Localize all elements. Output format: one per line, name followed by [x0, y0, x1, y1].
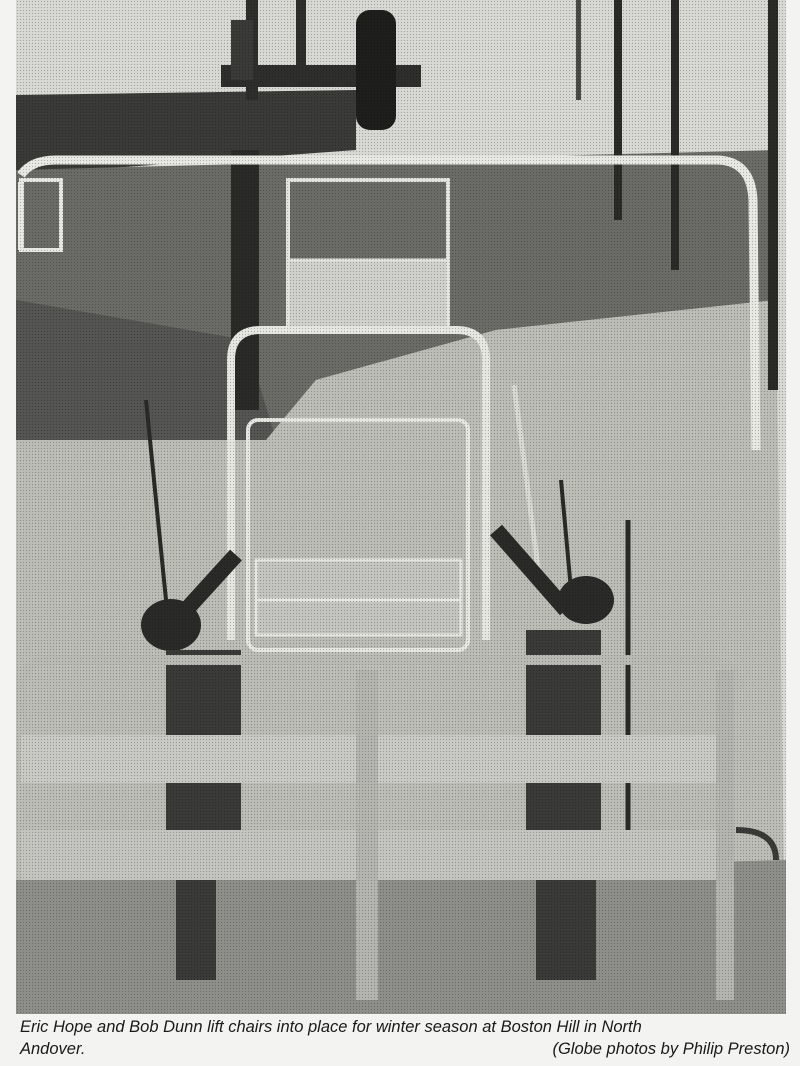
newspaper-photo — [16, 0, 786, 1014]
caption-text-continued: Andover. — [20, 1038, 85, 1060]
caption-text: Eric Hope and Bob Dunn lift chairs into … — [20, 1016, 790, 1038]
photo-caption: Eric Hope and Bob Dunn lift chairs into … — [20, 1016, 790, 1060]
photo-credit: (Globe photos by Philip Preston) — [552, 1038, 790, 1060]
lift-chairs-photo — [16, 0, 786, 1014]
